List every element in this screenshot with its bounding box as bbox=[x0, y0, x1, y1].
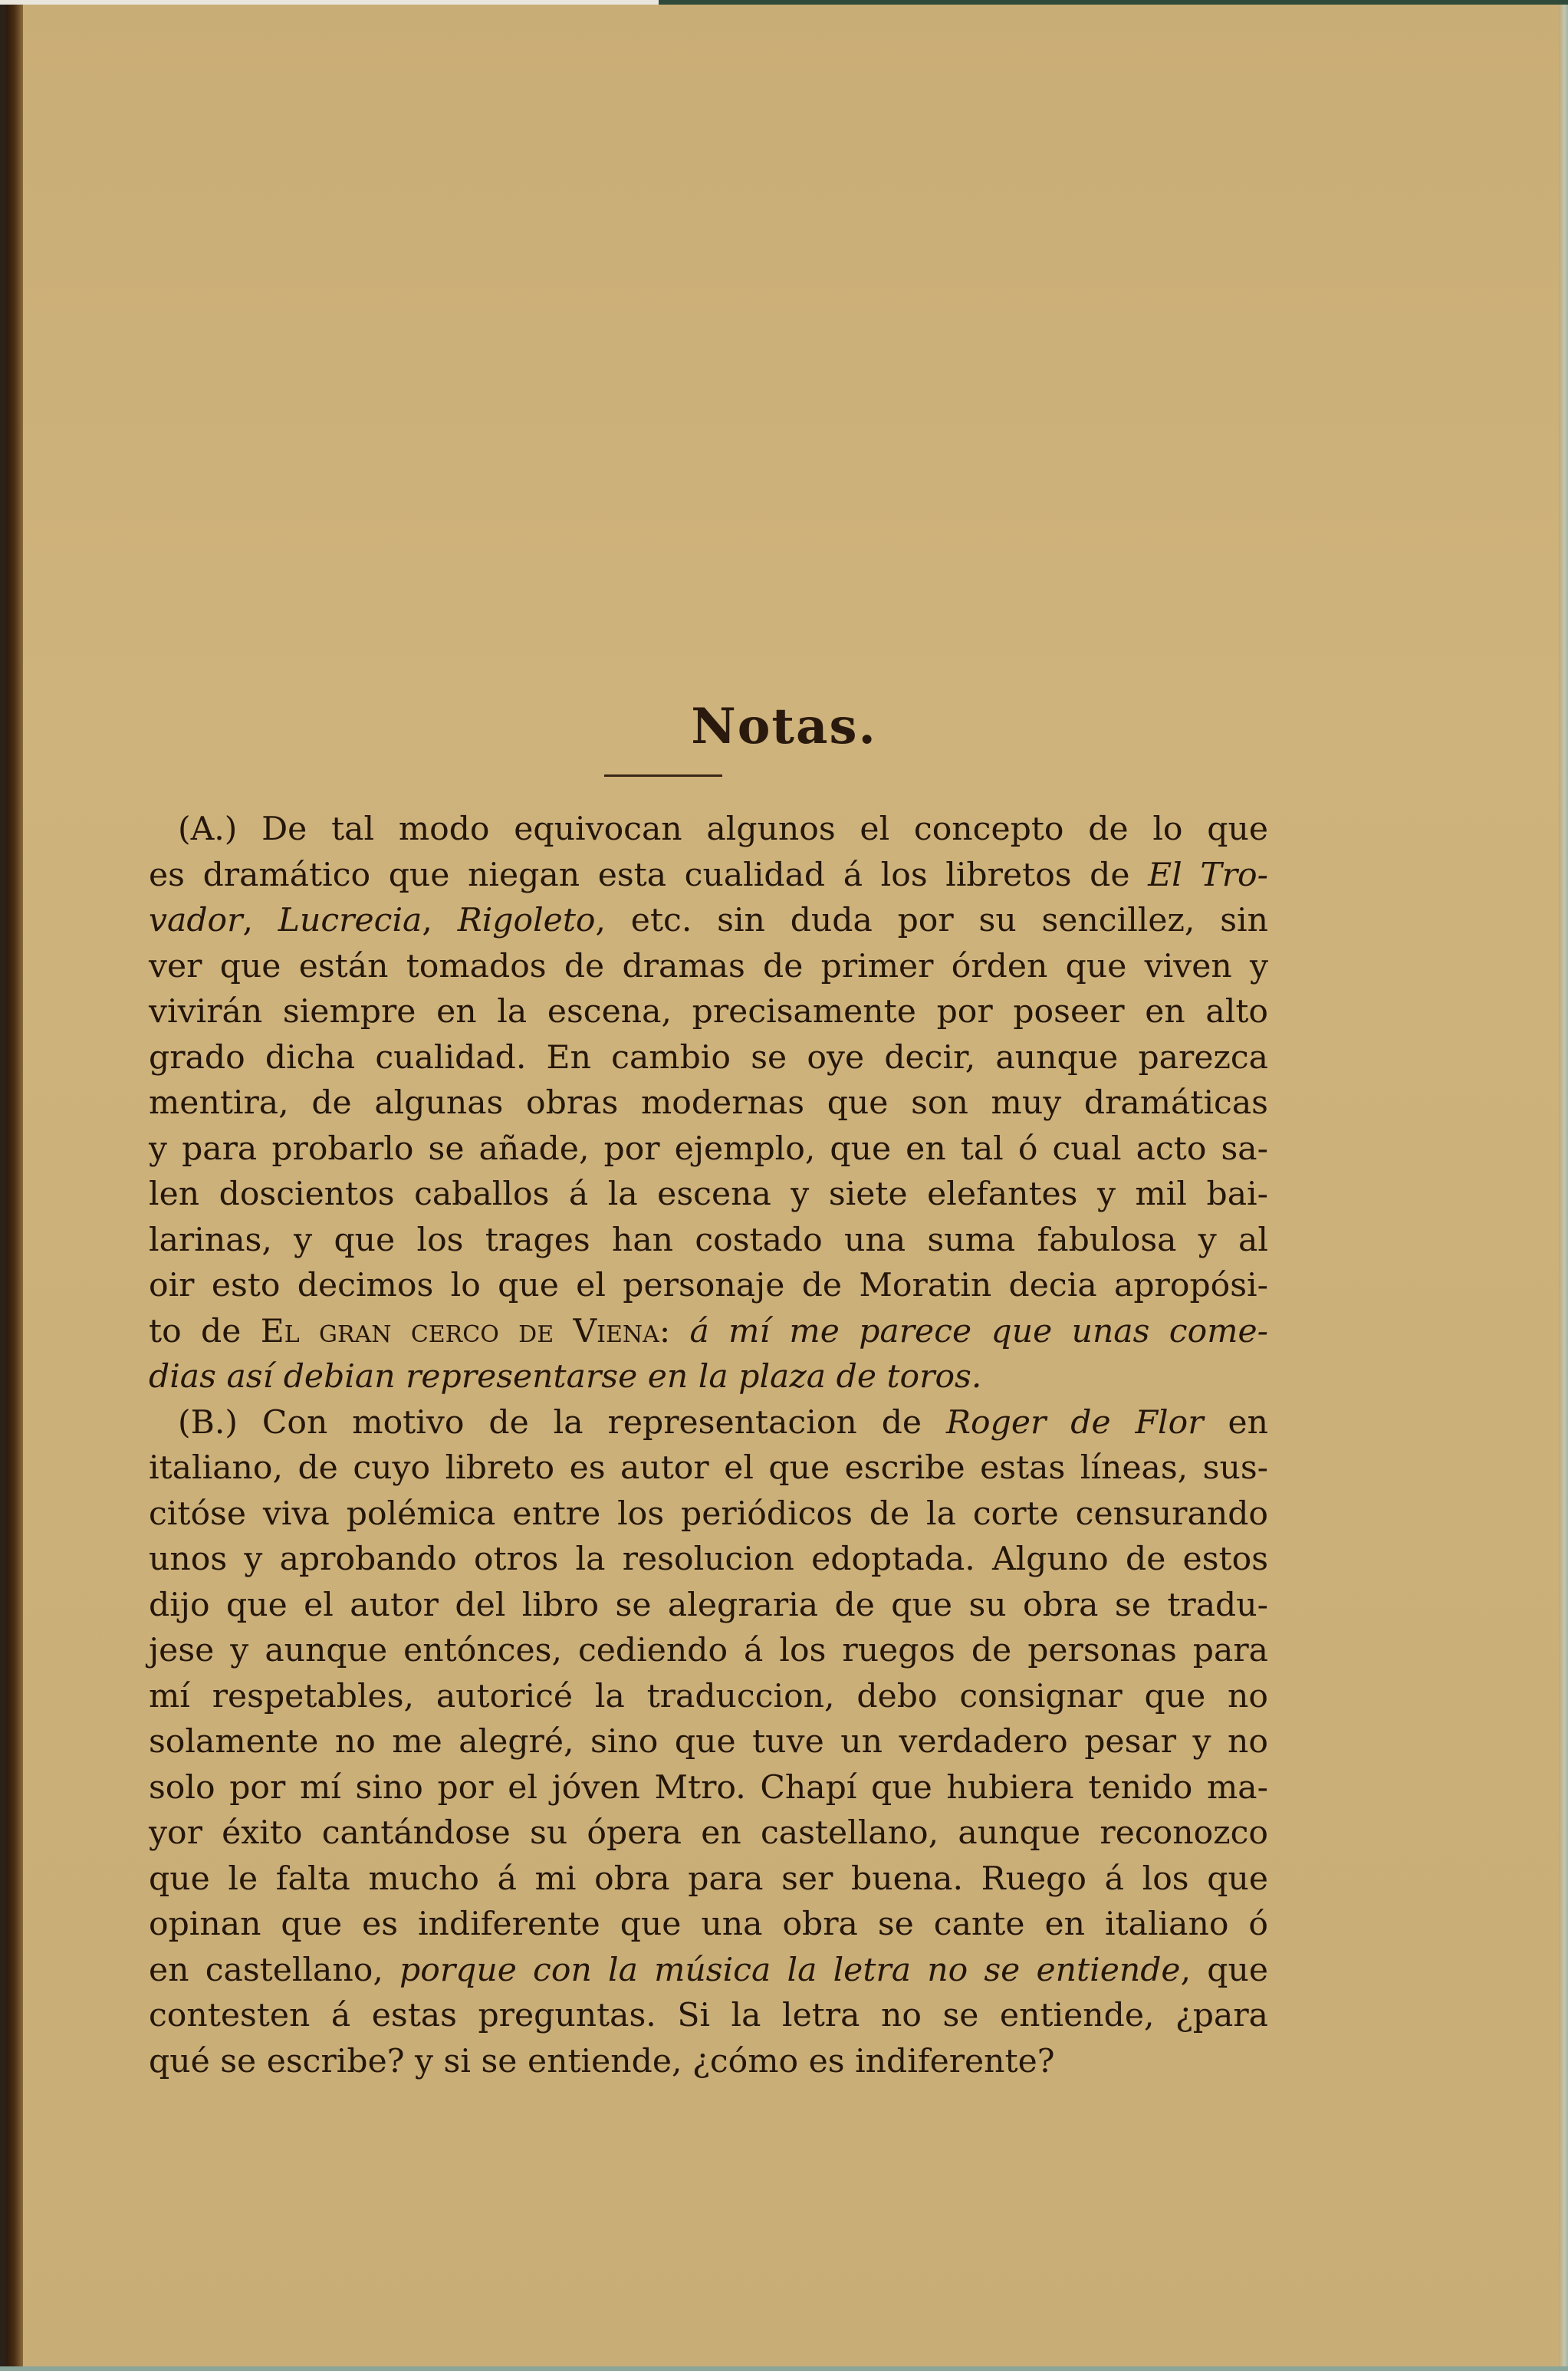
text-line: jese y aunque entónces, cediendo á los r… bbox=[149, 1628, 1268, 1674]
title-underline-rule bbox=[604, 774, 722, 777]
italic-text: Roger de Flor bbox=[946, 1404, 1204, 1442]
text-run: ver que están tomados de dramas de prime… bbox=[149, 948, 1268, 985]
text-line: vador, Lucrecia, Rigoleto, etc. sin duda… bbox=[149, 898, 1268, 944]
text-run: larinas, y que los trages han costado un… bbox=[149, 1222, 1268, 1259]
text-run: solo por mí sino por el jóven Mtro. Chap… bbox=[149, 1769, 1268, 1807]
text-line: contesten á estas preguntas. Si la letra… bbox=[149, 1993, 1268, 2039]
text-line: vivirán siempre en la escena, precisamen… bbox=[149, 989, 1268, 1035]
italic-text: Rigoleto bbox=[458, 902, 596, 939]
text-run: en bbox=[1204, 1404, 1268, 1442]
text-line: larinas, y que los trages han costado un… bbox=[149, 1218, 1268, 1264]
text-run: es dramático que niegan esta cualidad á … bbox=[149, 857, 1148, 894]
text-run: vivirán siempre en la escena, precisamen… bbox=[149, 993, 1268, 1031]
text-line: citóse viva polémica entre los periódico… bbox=[149, 1491, 1268, 1537]
text-run: y para probarlo se añade, por ejemplo, q… bbox=[149, 1130, 1268, 1168]
text-run: unos y aprobando otros la resolucion edo… bbox=[149, 1541, 1268, 1578]
text-run: len doscientos caballos á la escena y si… bbox=[149, 1176, 1268, 1213]
italic-text: El Tro- bbox=[1148, 857, 1268, 894]
text-run: , bbox=[422, 902, 457, 939]
text-line: dias así debian representarse en la plaz… bbox=[149, 1354, 1268, 1400]
text-run: qué se escribe? y si se entiende, ¿cómo … bbox=[149, 2043, 1055, 2080]
text-line: dijo que el autor del libro se alegraria… bbox=[149, 1583, 1268, 1629]
text-line: ver que están tomados de dramas de prime… bbox=[149, 944, 1268, 990]
text-line: y para probarlo se añade, por ejemplo, q… bbox=[149, 1126, 1268, 1172]
text-run: opinan que es indiferente que una obra s… bbox=[149, 1906, 1268, 1943]
text-run: oir esto decimos lo que el personaje de … bbox=[149, 1267, 1268, 1304]
note-a: (A.) De tal modo equivocan algunos el co… bbox=[149, 807, 1268, 1400]
text-line: solo por mí sino por el jóven Mtro. Chap… bbox=[149, 1765, 1268, 1811]
text-run: solamente no me alegré, sino que tuve un… bbox=[149, 1723, 1268, 1761]
text-run: que le falta mucho á mi obra para ser bu… bbox=[149, 1860, 1268, 1898]
book-spine-shadow bbox=[6, 0, 23, 2371]
italic-text: dias así debian representarse en la plaz… bbox=[149, 1358, 981, 1396]
text-run: citóse viva polémica entre los periódico… bbox=[149, 1495, 1268, 1533]
text-line: italiano, de cuyo libreto es autor el qu… bbox=[149, 1445, 1268, 1491]
text-line: mí respetables, autoricé la traduccion, … bbox=[149, 1674, 1268, 1720]
text-line: en castellano, porque con la música la l… bbox=[149, 1948, 1268, 1994]
text-run: mí respetables, autoricé la traduccion, … bbox=[149, 1678, 1268, 1715]
text-run: : bbox=[659, 1313, 690, 1350]
text-run: , etc. sin duda por su sencillez, sin bbox=[596, 902, 1269, 939]
text-run: contesten á estas preguntas. Si la letra… bbox=[149, 1997, 1268, 2034]
page-title: Notas. bbox=[0, 698, 1568, 755]
text-run: en castellano, bbox=[149, 1952, 399, 1989]
text-run: mentira, de algunas obras modernas que s… bbox=[149, 1084, 1268, 1122]
text-run: grado dicha cualidad. En cambio se oye d… bbox=[149, 1039, 1268, 1077]
small-caps-text: El gran cerco de Viena bbox=[261, 1313, 659, 1350]
text-line: len doscientos caballos á la escena y si… bbox=[149, 1172, 1268, 1218]
text-line: mentira, de algunas obras modernas que s… bbox=[149, 1080, 1268, 1126]
text-line: qué se escribe? y si se entiende, ¿cómo … bbox=[149, 2039, 1268, 2085]
text-line: solamente no me alegré, sino que tuve un… bbox=[149, 1719, 1268, 1765]
text-line: opinan que es indiferente que una obra s… bbox=[149, 1902, 1268, 1948]
text-run: (B.) Con motivo de la representacion de bbox=[178, 1404, 946, 1442]
scan-top-edge bbox=[0, 0, 1568, 5]
text-line: grado dicha cualidad. En cambio se oye d… bbox=[149, 1035, 1268, 1081]
page-right-edge bbox=[1559, 0, 1568, 2371]
italic-text: Lucrecia bbox=[278, 902, 422, 939]
text-run: italiano, de cuyo libreto es autor el qu… bbox=[149, 1449, 1268, 1487]
text-run: , que bbox=[1181, 1952, 1268, 1989]
text-line: to de El gran cerco de Viena: á mí me pa… bbox=[149, 1309, 1268, 1355]
text-run: to de bbox=[149, 1313, 261, 1350]
notes-body: (A.) De tal modo equivocan algunos el co… bbox=[149, 807, 1268, 2084]
text-line: yor éxito cantándose su ópera en castell… bbox=[149, 1810, 1268, 1856]
text-line: es dramático que niegan esta cualidad á … bbox=[149, 853, 1268, 899]
text-line: (B.) Con motivo de la representacion de … bbox=[149, 1400, 1268, 1446]
text-run: , bbox=[242, 902, 278, 939]
scan-bottom-edge bbox=[0, 2366, 1568, 2371]
text-line: que le falta mucho á mi obra para ser bu… bbox=[149, 1856, 1268, 1902]
italic-text: porque con la música la letra no se enti… bbox=[399, 1952, 1181, 1989]
italic-text: á mí me parece que unas come- bbox=[689, 1313, 1268, 1350]
text-line: unos y aprobando otros la resolucion edo… bbox=[149, 1537, 1268, 1583]
note-b: (B.) Con motivo de la representacion de … bbox=[149, 1400, 1268, 2085]
text-line: (A.) De tal modo equivocan algunos el co… bbox=[149, 807, 1268, 853]
text-run: (A.) De tal modo equivocan algunos el co… bbox=[178, 811, 1268, 848]
text-line: oir esto decimos lo que el personaje de … bbox=[149, 1263, 1268, 1309]
text-run: dijo que el autor del libro se alegraria… bbox=[149, 1587, 1268, 1624]
text-run: yor éxito cantándose su ópera en castell… bbox=[149, 1814, 1268, 1852]
text-run: jese y aunque entónces, cediendo á los r… bbox=[149, 1632, 1268, 1669]
italic-text: vador bbox=[149, 902, 242, 939]
